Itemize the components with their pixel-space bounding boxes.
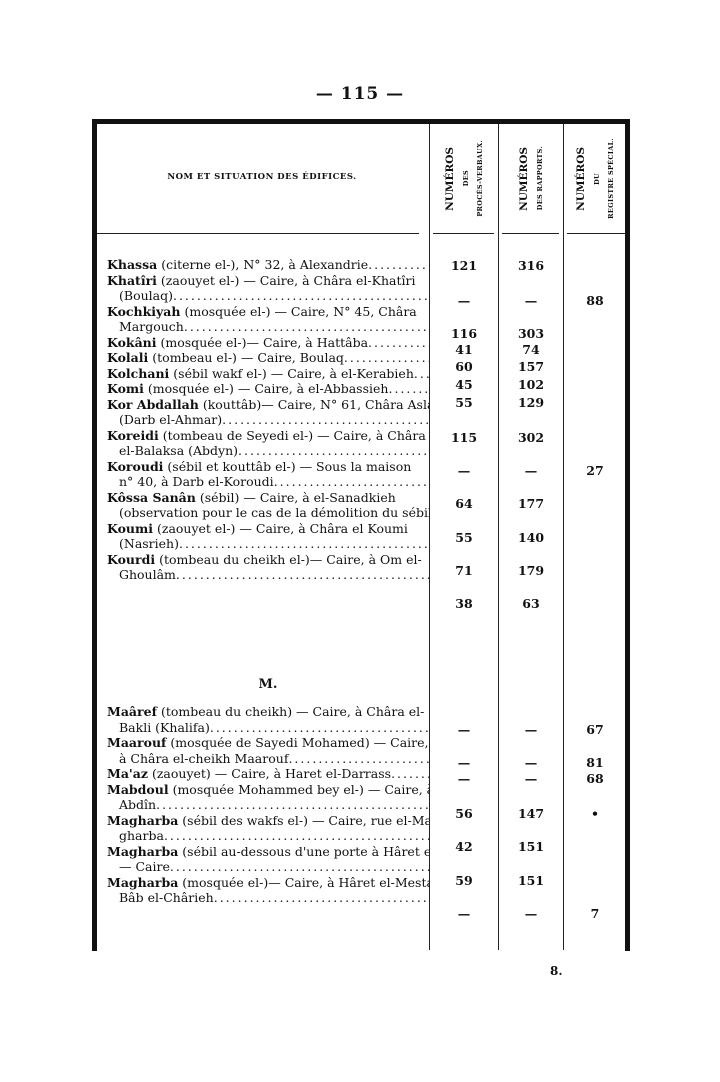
leader-dots — [288, 751, 429, 767]
entry-line: Khatîri (zaouyet el-) — Caire, à Châra e… — [107, 273, 429, 289]
leader-dots — [176, 567, 429, 583]
header-label: DES — [462, 170, 470, 186]
leader-dots — [184, 319, 429, 335]
header-rule — [433, 233, 494, 234]
edifice-location: (Boulaq) — [119, 288, 173, 303]
header-label: DES RAPPORTS. — [536, 146, 544, 210]
pv-number: 45 — [430, 377, 498, 392]
registre-number: 7 — [564, 906, 626, 921]
registre-number: 68 — [564, 771, 626, 786]
rapport-number: — — [499, 293, 563, 308]
leader-dots — [274, 474, 429, 490]
header-rapports-column: NUMÉROS DES RAPPORTS. — [499, 124, 563, 233]
edifice-name: Kokâni — [107, 335, 157, 350]
pv-number: 64 — [430, 496, 498, 511]
edifice-location: (Darb el-Ahmar) — [119, 412, 222, 427]
edifice-name: Koumi — [107, 521, 153, 536]
table-row: Mabdoul (mosquée Mohammed bey el-) — Cai… — [107, 782, 429, 813]
edifice-location: (zaouyet el-) — Caire, à Châra el Koumi — [157, 521, 408, 536]
edifice-location: (zaouyet el-) — Caire, à Châra el-Khatîr… — [161, 273, 416, 288]
entry-line: Magharba (sébil au-dessous d'une porte à… — [107, 844, 429, 860]
edifice-location: Bakli (Khalifa) — [119, 720, 210, 735]
edifice-location: (mosquée Mohammed bey el-) — Caire, à — [173, 782, 429, 797]
edifice-location: (sébil des wakfs el-) — Caire, rue el-Ma… — [182, 813, 429, 828]
entry-line: Maarouf (mosquée de Sayedi Mohamed) — Ca… — [107, 735, 429, 751]
entry-line: Kôssa Sanân (sébil) — Caire, à el-Sanadk… — [107, 490, 429, 506]
rapport-number: — — [499, 755, 563, 770]
edifice-name: Ma'az — [107, 766, 148, 781]
edifice-name: Khassa — [107, 257, 157, 272]
leader-dots — [179, 536, 429, 552]
pv-number: 55 — [430, 530, 498, 545]
entry-line: Abdîn — [107, 797, 429, 813]
edifice-location: (observation pour le cas de la démolitio… — [119, 505, 429, 520]
rapport-number: 316 — [499, 258, 563, 273]
rapport-number: 151 — [499, 873, 563, 888]
entry-line: Kolali (tombeau el-) — Caire, Boulaq — [107, 350, 429, 366]
pv-number: 38 — [430, 596, 498, 611]
edifice-location: el-Balaksa (Abdyn) — [119, 443, 238, 458]
pv-number: 71 — [430, 563, 498, 578]
header-label: PROCÈS-VERBAUX. — [476, 140, 484, 217]
pv-number: — — [430, 755, 498, 770]
table-row: Kolali (tombeau el-) — Caire, Boulaq — [107, 350, 429, 366]
entry-line: — Caire — [107, 859, 429, 875]
rapport-number: 102 — [499, 377, 563, 392]
header-label: NUMÉROS — [575, 147, 587, 211]
edifice-name: Kôssa Sanân — [107, 490, 196, 505]
entry-line: Koumi (zaouyet el-) — Caire, à Châra el … — [107, 521, 429, 537]
edifice-location: (sébil au-dessous d'une porte à Hâret el… — [182, 844, 429, 859]
table-row: Maâref (tombeau du cheikh) — Caire, à Ch… — [107, 704, 429, 735]
entry-line: Bâb el-Chârieh — [107, 890, 429, 906]
pv-number: 121 — [430, 258, 498, 273]
edifice-name: Kolali — [107, 350, 148, 365]
entry-line: Bakli (Khalifa) — [107, 720, 429, 736]
leader-dots — [344, 350, 429, 366]
pv-number: — — [430, 771, 498, 786]
rapport-number: 151 — [499, 839, 563, 854]
edifice-name: Magharba — [107, 813, 178, 828]
edifice-location: — Caire — [119, 859, 170, 874]
edifice-name: Magharba — [107, 844, 178, 859]
edifice-location: Ghoulâm — [119, 567, 176, 582]
pv-number: — — [430, 722, 498, 737]
entry-line: (Nasrieh) — [107, 536, 429, 552]
edifice-location: (kouttâb)— Caire, N° 61, Châra Aslam — [203, 397, 429, 412]
edifice-location: n° 40, à Darb el-Koroudi — [119, 474, 274, 489]
table-row: Maarouf (mosquée de Sayedi Mohamed) — Ca… — [107, 735, 429, 766]
pv-number: 56 — [430, 806, 498, 821]
entry-line: Kochkiyah (mosquée el-) — Caire, N° 45, … — [107, 304, 429, 320]
header-rule — [567, 233, 625, 234]
table-row: Khatîri (zaouyet el-) — Caire, à Châra e… — [107, 273, 429, 304]
table-row: Koreidi (tombeau de Seyedi el-) — Caire,… — [107, 428, 429, 459]
table-row: Magharba (sébil au-dessous d'une porte à… — [107, 844, 429, 875]
leader-dots — [214, 890, 429, 906]
rapport-number: — — [499, 906, 563, 921]
edifice-name: Koreidi — [107, 428, 159, 443]
rapport-number: 157 — [499, 359, 563, 374]
edifice-name: Magharba — [107, 875, 178, 890]
edifice-location: (citerne el-), N° 32, à Alexandrie — [161, 257, 368, 272]
rapport-number: 177 — [499, 496, 563, 511]
table-row: Koumi (zaouyet el-) — Caire, à Châra el … — [107, 521, 429, 552]
entries-k: Khassa (citerne el-), N° 32, à Alexandri… — [107, 257, 429, 583]
entry-line: Koroudi (sébil et kouttâb el-) — Sous la… — [107, 459, 429, 475]
entry-line: (observation pour le cas de la démolitio… — [107, 505, 429, 521]
leader-dots — [222, 412, 429, 428]
pv-number: 42 — [430, 839, 498, 854]
entry-line: Kourdi (tombeau du cheikh el-)— Caire, à… — [107, 552, 429, 568]
edifice-location: gharba — [119, 828, 164, 843]
entry-line: Magharba (sébil des wakfs el-) — Caire, … — [107, 813, 429, 829]
leader-dots — [414, 366, 429, 382]
edifice-name: Kolchani — [107, 366, 169, 381]
registre-number: 27 — [564, 463, 626, 478]
edifice-location: (Nasrieh) — [119, 536, 179, 551]
leader-dots — [156, 797, 429, 813]
header-name-column: NOM ET SITUATION DES ÉDIFICES. — [97, 172, 427, 182]
leader-dots — [368, 335, 429, 351]
edifice-location: (mosquée el-) — Caire, N° 45, Châra — [184, 304, 416, 319]
edifice-name: Kochkiyah — [107, 304, 181, 319]
table-row: Magharba (mosquée el-)— Caire, à Hâret e… — [107, 875, 429, 906]
leader-dots — [210, 720, 429, 736]
entry-line: Kokâni (mosquée el-)— Caire, à Hattâba — [107, 335, 429, 351]
edifice-name: Komi — [107, 381, 144, 396]
header-label: NUMÉROS — [518, 147, 530, 211]
pv-number: 41 — [430, 342, 498, 357]
entry-line: (Boulaq) — [107, 288, 429, 304]
entry-line: Ma'az (zaouyet) — Caire, à Haret el-Darr… — [107, 766, 429, 782]
header-label: NUMÉROS — [444, 147, 456, 211]
edifice-name: Koroudi — [107, 459, 163, 474]
column-divider — [563, 124, 564, 950]
edifice-name: Kourdi — [107, 552, 155, 567]
table-row: Ma'az (zaouyet) — Caire, à Haret el-Darr… — [107, 766, 429, 782]
edifice-location: à Châra el-cheikh Maarouf — [119, 751, 288, 766]
edifice-location: (tombeau du cheikh el-)— Caire, à Om el- — [159, 552, 422, 567]
pv-number: 59 — [430, 873, 498, 888]
rapport-number: 179 — [499, 563, 563, 578]
edifice-location: (mosquée de Sayedi Mohamed) — Caire, — [170, 735, 428, 750]
rapport-number: 303 — [499, 326, 563, 341]
entry-line: Khassa (citerne el-), N° 32, à Alexandri… — [107, 257, 429, 273]
registre-number: 81 — [564, 755, 626, 770]
leader-dots — [391, 766, 429, 782]
table-row: Kourdi (tombeau du cheikh el-)— Caire, à… — [107, 552, 429, 583]
leader-dots — [170, 859, 429, 875]
edifice-location: (zaouyet) — Caire, à Haret el-Darrass — [152, 766, 391, 781]
rapport-number: — — [499, 722, 563, 737]
registre-number: • — [564, 806, 626, 821]
entry-line: Mabdoul (mosquée Mohammed bey el-) — Cai… — [107, 782, 429, 798]
entry-line: Magharba (mosquée el-)— Caire, à Hâret e… — [107, 875, 429, 891]
rapport-number: 302 — [499, 430, 563, 445]
edifice-name: Maarouf — [107, 735, 166, 750]
pv-number: 116 — [430, 326, 498, 341]
edifice-location: (sébil wakf el-) — Caire, à el-Kerabieh — [173, 366, 414, 381]
table-row: Kor Abdallah (kouttâb)— Caire, N° 61, Ch… — [107, 397, 429, 428]
header-rule — [502, 233, 559, 234]
edifice-location: Bâb el-Chârieh — [119, 890, 214, 905]
table-row: Kochkiyah (mosquée el-) — Caire, N° 45, … — [107, 304, 429, 335]
header-rule — [97, 233, 419, 234]
header-registre-column: NUMÉROS DU REGISTRE SPÉCIAL. — [564, 124, 626, 233]
entry-line: n° 40, à Darb el-Koroudi — [107, 474, 429, 490]
pv-number: — — [430, 293, 498, 308]
edifice-location: (mosquée el-)— Caire, à Hattâba — [161, 335, 369, 350]
registre-number: 88 — [564, 293, 626, 308]
edifice-location: (tombeau de Seyedi el-) — Caire, à Châra — [163, 428, 426, 443]
rapport-number: 63 — [499, 596, 563, 611]
edifice-name: Mabdoul — [107, 782, 169, 797]
entry-line: Maâref (tombeau du cheikh) — Caire, à Ch… — [107, 704, 429, 720]
section-heading-m: M. — [107, 677, 429, 692]
entry-line: gharba — [107, 828, 429, 844]
entry-line: Ghoulâm — [107, 567, 429, 583]
rapport-number: — — [499, 463, 563, 478]
edifice-name: Khatîri — [107, 273, 157, 288]
rapport-number: 140 — [499, 530, 563, 545]
edifice-location: (tombeau el-) — Caire, Boulaq — [152, 350, 344, 365]
table-row: Komi (mosquée el-) — Caire, à el-Abbassi… — [107, 381, 429, 397]
entry-line: Kolchani (sébil wakf el-) — Caire, à el-… — [107, 366, 429, 382]
leader-dots — [173, 288, 429, 304]
table-row: Koroudi (sébil et kouttâb el-) — Sous la… — [107, 459, 429, 490]
table-row: Kolchani (sébil wakf el-) — Caire, à el-… — [107, 366, 429, 382]
header-label: DU — [593, 173, 601, 185]
pv-number: 60 — [430, 359, 498, 374]
pv-number: — — [430, 463, 498, 478]
edifice-location: Margouch — [119, 319, 184, 334]
entry-line: (Darb el-Ahmar) — [107, 412, 429, 428]
header-label: REGISTRE SPÉCIAL. — [607, 138, 615, 219]
edifice-location: Abdîn — [119, 797, 156, 812]
rapport-number: 74 — [499, 342, 563, 357]
entry-line: Margouch — [107, 319, 429, 335]
table-row: Magharba (sébil des wakfs el-) — Caire, … — [107, 813, 429, 844]
page-number: — 115 — — [0, 84, 720, 104]
entry-line: el-Balaksa (Abdyn) — [107, 443, 429, 459]
entry-line: Kor Abdallah (kouttâb)— Caire, N° 61, Ch… — [107, 397, 429, 413]
entries-m: Maâref (tombeau du cheikh) — Caire, à Ch… — [107, 704, 429, 906]
registre-number: 67 — [564, 722, 626, 737]
edifice-location: (mosquée el-)— Caire, à Hâret el-Mestali… — [182, 875, 429, 890]
leader-dots — [164, 828, 429, 844]
edifice-location: (sébil) — Caire, à el-Sanadkieh — [200, 490, 396, 505]
edifice-name: Kor Abdallah — [107, 397, 199, 412]
pv-number: 115 — [430, 430, 498, 445]
edifice-name: Maâref — [107, 704, 157, 719]
leader-dots — [388, 381, 429, 397]
edifice-location: (sébil et kouttâb el-) — Sous la maison — [167, 459, 411, 474]
edifice-location: (tombeau du cheikh) — Caire, à Châra el- — [161, 704, 424, 719]
rapport-number: — — [499, 771, 563, 786]
entry-line: à Châra el-cheikh Maarouf — [107, 751, 429, 767]
edifice-location: (mosquée el-) — Caire, à el-Abbassieh — [148, 381, 389, 396]
pv-number: 55 — [430, 395, 498, 410]
table-row: Kokâni (mosquée el-)— Caire, à Hattâba — [107, 335, 429, 351]
rapport-number: 147 — [499, 806, 563, 821]
pv-number: — — [430, 906, 498, 921]
signature-mark: 8. — [550, 964, 563, 978]
rapport-number: 129 — [499, 395, 563, 410]
table-row: Kôssa Sanân (sébil) — Caire, à el-Sanadk… — [107, 490, 429, 521]
leader-dots — [368, 257, 429, 273]
table-row: Khassa (citerne el-), N° 32, à Alexandri… — [107, 257, 429, 273]
entry-line: Komi (mosquée el-) — Caire, à el-Abbassi… — [107, 381, 429, 397]
entry-line: Koreidi (tombeau de Seyedi el-) — Caire,… — [107, 428, 429, 444]
header-pv-column: NUMÉROS DES PROCÈS-VERBAUX. — [430, 124, 498, 233]
leader-dots — [238, 443, 429, 459]
